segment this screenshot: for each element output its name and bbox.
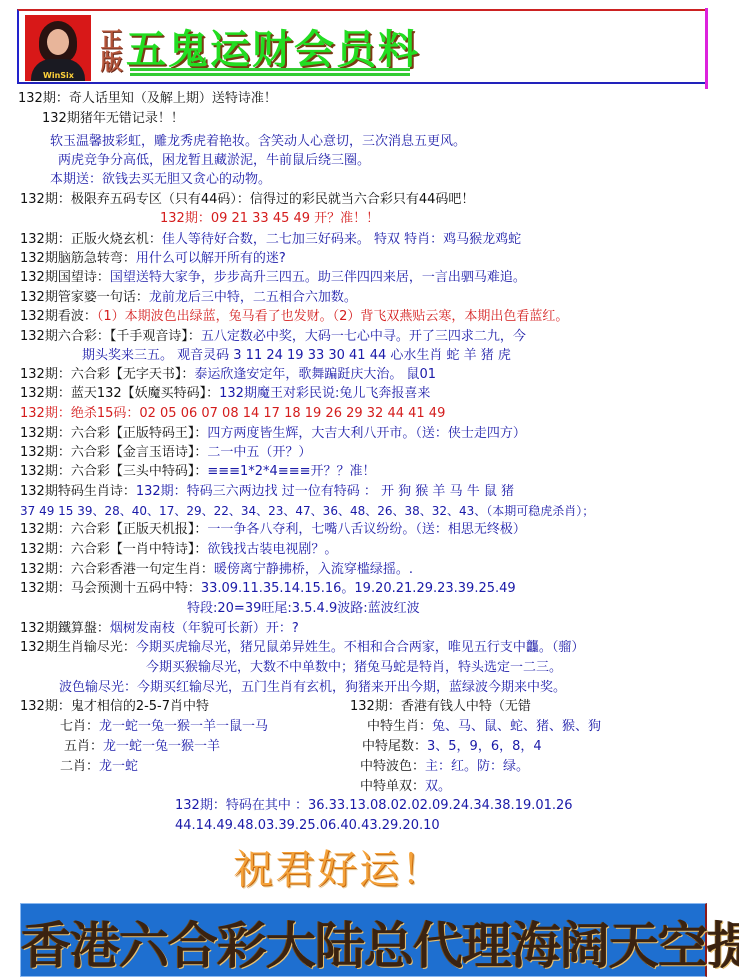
line-text: 两虎竞争分高低，困龙暂且藏淤泥，牛前鼠后绕三圈。 — [58, 153, 370, 168]
line-heaven-report: 132期：六合彩【正版天机报】：一一争各八夺利，七嘴八舌议纷纷。（送：相思无终极… — [20, 521, 526, 539]
row-value: 3、5，9，6，8，4 — [427, 739, 542, 754]
row-label: 中特生肖： — [367, 719, 432, 734]
line-number-list: 37 49 15 39、28、40、17、29、22、34、23、47、36、4… — [20, 502, 594, 520]
line-riddle: 132期脑筋急转弯：用什么可以解开所有的迷? — [20, 250, 286, 268]
line-text: 波色输尽光：今期买红输尽光，五门生肖有玄机，狗猪来开出今期，蓝绿波今期来中奖。 — [59, 680, 566, 695]
row-label: 二肖： — [60, 759, 99, 774]
line-label: 132期看波： — [20, 309, 97, 324]
line-text: 一一争各八夺利，七嘴八舌议纷纷。（送：相思无终极） — [207, 522, 526, 537]
line-text: 烟树发南枝（年貌可长新）开：? — [110, 621, 299, 636]
line-demon: 132期：蓝天132【妖魔买特码】：132期魔王对彩民说:兔儿飞奔报喜来 — [20, 385, 430, 403]
avatar-tag: WinSix — [43, 71, 74, 80]
line-text: 132期：09 21 33 45 49 开？准！！ — [160, 211, 379, 226]
line-one-zodiac: 132期：六合彩【一肖中特诗】：欲钱找古装电视剧？。 — [20, 541, 337, 559]
left-row-two: 二肖：龙一蛇 — [60, 758, 138, 776]
header-right-border — [705, 8, 708, 89]
line-fire-mystery: 132期：正版火烧玄机：佳人等待好合数，二七加三好码来。 特双 特肖：鸡马猴龙鸡… — [20, 231, 521, 249]
line-label: 132期脑筋急转弯： — [20, 251, 136, 266]
line-open-numbers: 132期：09 21 33 45 49 开？准！！ — [160, 210, 379, 228]
line-segment: 特段:20=39旺尾:3.5.4.9波路:蓝波红波 — [187, 600, 420, 618]
special-codes-line-1: 132期：特码在其中 ：36.33.13.08.02.02.09.24.34.3… — [175, 797, 573, 815]
line-label: 132期鐵算盤： — [20, 621, 110, 636]
line-jockey-15: 132期：马会预测十五码中特：33.09.11.35.14.15.16。19.2… — [20, 580, 516, 598]
seal-text: 正版 — [98, 28, 122, 72]
line-text: 132期：特码三六两边找 过一位有特码 ： 开 狗 猴 羊 马 牛 鼠 猪 — [136, 484, 514, 499]
left-row-seven: 七肖：龙一蛇一兔一猴一羊一鼠一马 — [60, 718, 268, 736]
row-value: 龙一蛇一兔一猴一羊 — [103, 739, 220, 754]
line-poem-1: 软玉温馨披彩虹，雕龙秀虎着艳妆。含笑动人心意切，三次消息五更风。 — [50, 133, 466, 151]
line-abacus: 132期鐵算盤：烟树发南枝（年貌可长新）开：? — [20, 620, 299, 638]
line-text: 欲钱找古装电视剧？。 — [207, 542, 337, 557]
line-label: 132期六合彩：【千手观音诗】： — [20, 329, 201, 344]
title-underline-2 — [130, 73, 410, 76]
line-label: 132期：奇人话里知（及解上期）送特诗准！ — [18, 91, 277, 106]
line-label: 132期：六合彩【正版天机报】： — [20, 522, 207, 537]
line-label: 132期：六合彩【金言玉语诗】： — [20, 445, 207, 460]
line-guanyin-cont: 期头奖来三五。 观音灵码 3 11 24 19 33 30 41 44 心水生肖… — [82, 347, 511, 365]
line-label: 132期特码生肖诗： — [20, 484, 136, 499]
line-44codes: 132期：极限弃五码专区（只有44码）：信得过的彩民就当六合彩只有44码吧！ — [20, 191, 474, 209]
line-poem-3: 本期送：欲钱去买无胆又贪心的动物。 — [50, 171, 271, 189]
line-record: 132期猪年无错记录！！ — [42, 110, 184, 128]
line-text: ≡≡≡1*2*4≡≡≡开？？准！ — [207, 464, 375, 479]
row-label: 中特尾数： — [362, 739, 427, 754]
row-value: 兔、马、鼠、蛇、猪、猴、狗 — [432, 719, 601, 734]
good-luck-text: 祝君好运！ — [233, 838, 443, 895]
row-value: 龙一蛇一兔一猴一羊一鼠一马 — [99, 719, 268, 734]
line-text: 二一中五（开？） — [207, 445, 311, 460]
line-zodiac-lose-2: 今期买猴输尽光，大数不中单数中；猪兔马蛇是特肖，特头选定一二三。 — [146, 659, 562, 677]
line-three-heads: 132期：六合彩【三头中特码】：≡≡≡1*2*4≡≡≡开？？准！ — [20, 463, 376, 481]
title-underline-1 — [130, 68, 410, 71]
line-text: 132期魔王对彩民说:兔儿飞奔报喜来 — [219, 386, 430, 401]
line-guowang: 132期国望诗：国望送特大家争，步步高升三四五。助三伴四四来居，一言出驷马难追。 — [20, 269, 526, 287]
row-label: 中特单双： — [360, 779, 425, 794]
line-wave: 132期看波：（1）本期波色出绿蓝，兔马看了也发财。（2）背飞双燕贴云寒，本期出… — [20, 308, 568, 326]
row-value: 双。 — [425, 779, 451, 794]
line-text: 用什么可以解开所有的迷? — [136, 251, 286, 266]
avatar-face — [47, 29, 69, 55]
right-row-zodiac: 中特生肖：兔、马、鼠、蛇、猪、猴、狗 — [367, 718, 601, 736]
line-label: 132期：六合彩【无字天书】： — [20, 367, 194, 382]
line-text: 泰运欣逢安定年，歌舞蹁跹庆大治。 鼠01 — [194, 367, 436, 382]
line-text: （1）本期波色出绿蓝，兔马看了也发财。（2）背飞双燕贴云寒，本期出色看蓝红。 — [97, 309, 569, 324]
row-label: 七肖： — [60, 719, 99, 734]
line-text: 今期买虎输尽光，猪兄鼠弟异姓生。不相和合合两家，唯见五行支中龘。（骝） — [136, 640, 585, 655]
line-label: 132期国望诗： — [20, 270, 110, 285]
line-hk-zodiac: 132期：六合彩香港一句定生肖：暖傍离宁静拂桥，入流穿槛绿摇。. — [20, 561, 413, 579]
row-label: 中特波色： — [360, 759, 425, 774]
right-row-oddeven: 中特单双：双。 — [360, 778, 451, 796]
line-label: 132期：六合彩【三头中特码】： — [20, 464, 207, 479]
line-text: 期头奖来三五。 观音灵码 3 11 24 19 33 30 41 44 心水生肖… — [82, 348, 511, 363]
line-label: 132期：六合彩【正版特码王】： — [20, 426, 207, 441]
row-label: 五肖： — [64, 739, 103, 754]
line-text: 软玉温馨披彩虹，雕龙秀虎着艳妆。含笑动人心意切，三次消息五更风。 — [50, 134, 466, 149]
line-label: 132期：马会预测十五码中特： — [20, 581, 201, 596]
seal-logo: 正版 — [98, 28, 124, 76]
footer-banner: 香港六合彩大陆总代理海阔天空提供 — [20, 903, 707, 977]
left-block-title: 132期：鬼才相信的2-5-7肖中特 — [20, 698, 209, 716]
line-qiren: 132期：奇人话里知（及解上期）送特诗准！ — [18, 90, 277, 108]
line-wave-lose: 波色输尽光：今期买红输尽光，五门生肖有玄机，狗猪来开出今期，蓝绿波今期来中奖。 — [59, 679, 566, 697]
line-label: 132期生肖输尽光： — [20, 640, 136, 655]
line-code-king: 132期：六合彩【正版特码王】：四方两度皆生辉，大吉大利八开市。（送：侠士走四方… — [20, 425, 526, 443]
row-value: 龙一蛇 — [99, 759, 138, 774]
line-wordless-book: 132期：六合彩【无字天书】：泰运欣逢安定年，歌舞蹁跹庆大治。 鼠01 — [20, 366, 436, 384]
line-label: 132期：正版火烧玄机： — [20, 232, 162, 247]
line-zodiac-poem: 132期特码生肖诗：132期：特码三六两边找 过一位有特码 ： 开 狗 猴 羊 … — [20, 483, 514, 501]
line-kill-15: 132期：绝杀15码：02 05 06 07 08 14 17 18 19 26… — [20, 405, 445, 423]
line-text: 五八定数必中奖，大码一七心中寻。开了三四求二九，今 — [201, 329, 526, 344]
line-text: 龙前龙后三中特，二五相合六加数。 — [149, 290, 357, 305]
avatar: WinSix — [25, 15, 91, 81]
line-text: 国望送特大家争，步步高升三四五。助三伴四四来居，一言出驷马难追。 — [110, 270, 526, 285]
line-text: 特段:20=39旺尾:3.5.4.9波路:蓝波红波 — [187, 601, 420, 616]
line-poem-2: 两虎竞争分高低，困龙暂且藏淤泥，牛前鼠后绕三圈。 — [58, 152, 370, 170]
row-value: 主：红。防：绿。 — [425, 759, 529, 774]
line-label: 132期猪年无错记录！！ — [42, 111, 184, 126]
line-text: 暖傍离宁静拂桥，入流穿槛绿摇。. — [214, 562, 413, 577]
line-golden-words: 132期：六合彩【金言玉语诗】：二一中五（开？） — [20, 444, 311, 462]
page-title: 五鬼运财会员料 — [126, 18, 420, 75]
line-text: 佳人等待好合数，二七加三好码来。 特双 特肖：鸡马猴龙鸡蛇 — [162, 232, 521, 247]
line-guanyin: 132期六合彩：【千手观音诗】：五八定数必中奖，大码一七心中寻。开了三四求二九，… — [20, 328, 526, 346]
line-text: 四方两度皆生辉，大吉大利八开市。（送：侠士走四方） — [207, 426, 526, 441]
line-text: 今期买猴输尽光，大数不中单数中；猪兔马蛇是特肖，特头选定一二三。 — [146, 660, 562, 675]
right-row-wave: 中特波色：主：红。防：绿。 — [360, 758, 529, 776]
line-label: 132期：六合彩【一肖中特诗】： — [20, 542, 207, 557]
line-label: 132期：蓝天132【妖魔买特码】： — [20, 386, 219, 401]
right-block-title: 132期：香港有钱人中特（无错 — [350, 698, 531, 716]
special-codes-line-2: 44.14.49.48.03.39.25.06.40.43.29.20.10 — [175, 817, 440, 835]
line-text: 132期：绝杀15码：02 05 06 07 08 14 17 18 19 26… — [20, 406, 445, 421]
line-housekeeper: 132期管家婆一句话：龙前龙后三中特，二五相合六加数。 — [20, 289, 357, 307]
footer-banner-text: 香港六合彩大陆总代理海阔天空提供 — [21, 906, 705, 978]
line-label: 132期管家婆一句话： — [20, 290, 149, 305]
line-text: 33.09.11.35.14.15.16。19.20.21.29.23.39.2… — [201, 581, 516, 596]
line-label: 132期：极限弃五码专区（只有44码）：信得过的彩民就当六合彩只有44码吧！ — [20, 192, 474, 207]
line-text: 37 49 15 39、28、40、17、29、22、34、23、47、36、4… — [20, 504, 594, 518]
line-zodiac-lose: 132期生肖输尽光：今期买虎输尽光，猪兄鼠弟异姓生。不相和合合两家，唯见五行支中… — [20, 639, 584, 657]
left-row-five: 五肖：龙一蛇一兔一猴一羊 — [64, 738, 220, 756]
right-row-tail: 中特尾数：3、5，9，6，8，4 — [362, 738, 542, 756]
line-text: 本期送：欲钱去买无胆又贪心的动物。 — [50, 172, 271, 187]
line-label: 132期：六合彩香港一句定生肖： — [20, 562, 214, 577]
